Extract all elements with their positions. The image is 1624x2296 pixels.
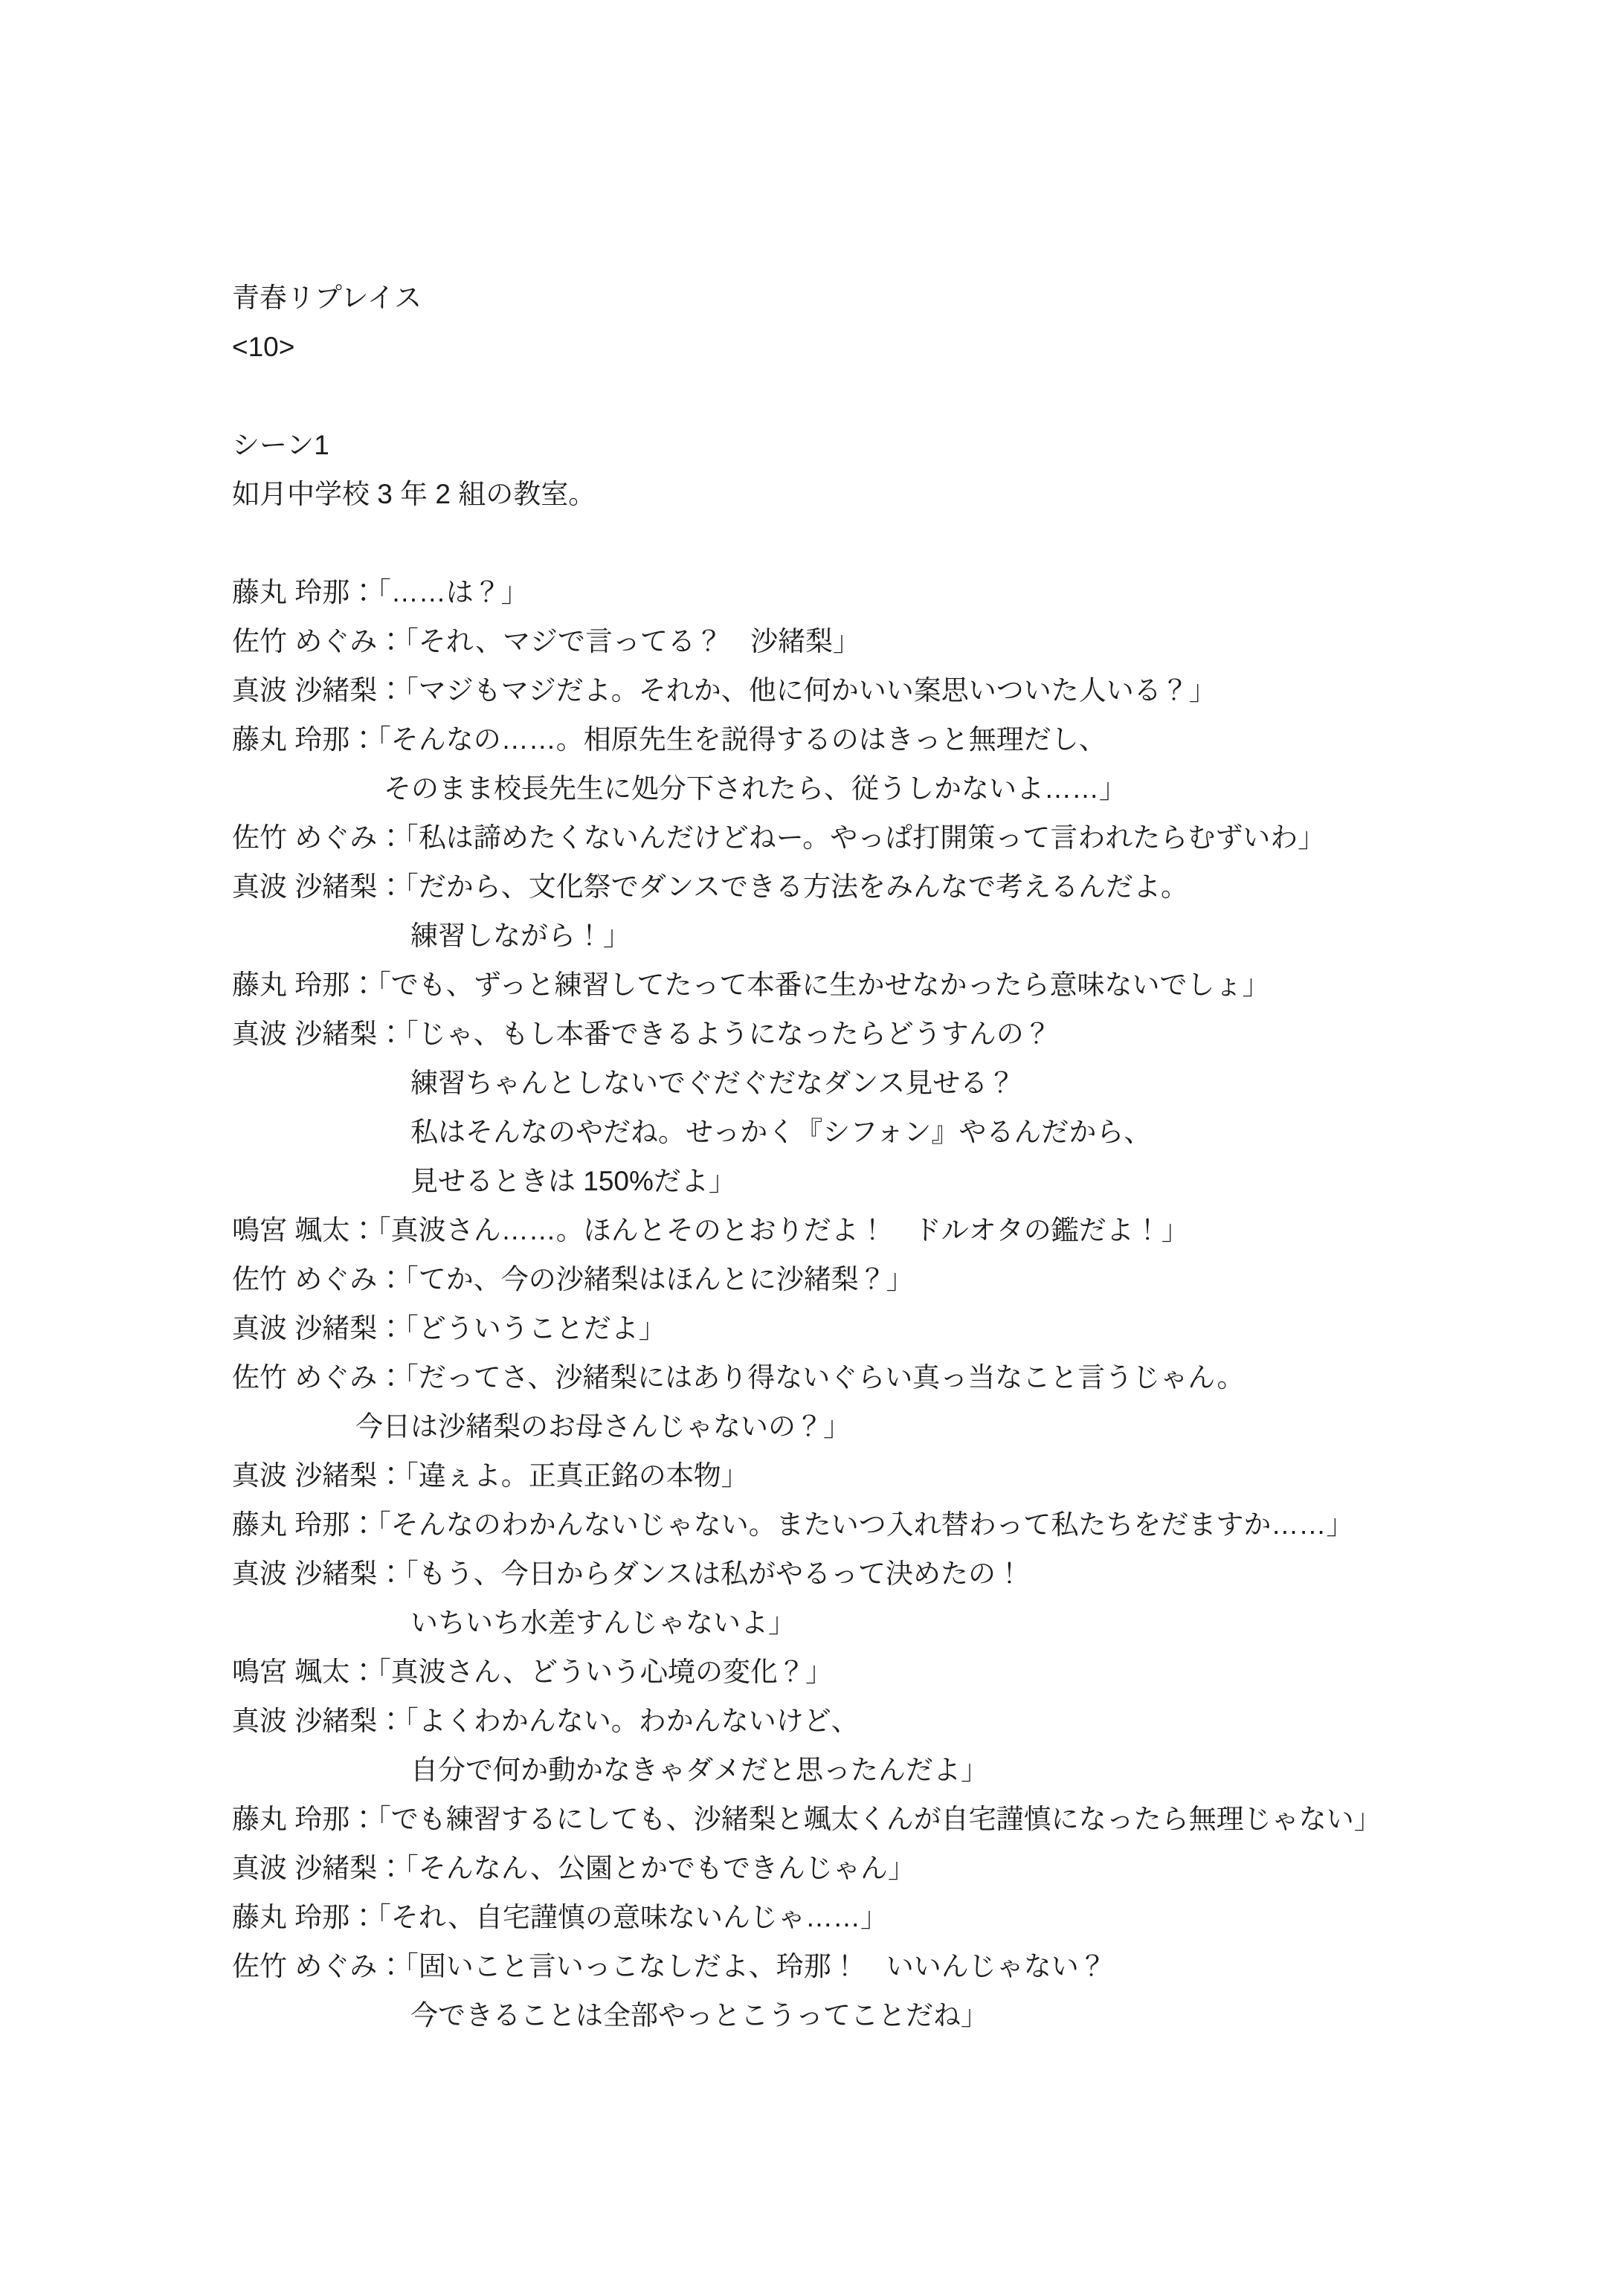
dialogue-text: 「それ、自宅謹慎の意味ないんじゃ……」 (377, 1902, 888, 1932)
speaker-separator: ： (377, 1264, 405, 1294)
speaker-separator: ： (377, 1019, 405, 1049)
scene-heading: シーン1 (232, 421, 1594, 470)
dialogue-text: 「固いこと言いっこなしだよ、玲那！ いいんじゃない？ (405, 1951, 1106, 1981)
dialogue-line: いちいち水差すんじゃないよ」 (232, 1599, 1594, 1648)
speaker-name: 鳴宮 颯太 (232, 1215, 349, 1245)
dialogue-text: 「どういうことだよ」 (405, 1313, 666, 1344)
dialogue-text: 「真波さん、どういう心境の変化？」 (377, 1657, 833, 1687)
dialogue-text: 「もう、今日からダンスは私がやるって決めたの！ (405, 1558, 1023, 1589)
dialogue-line: 今日は沙緒梨のお母さんじゃないの？」 (232, 1402, 1594, 1451)
episode-number: <10> (232, 323, 1594, 372)
speaker-name: 真波 沙緒梨 (232, 1019, 377, 1049)
dialogue-line: 佐竹 めぐみ：「固いこと言いっこなしだよ、玲那！ いいんじゃない？ (232, 1942, 1594, 1991)
dialogue-text: 「マジもマジだよ。それか、他に何かいい案思いついた人いる？」 (405, 675, 1217, 706)
speaker-separator: ： (377, 1706, 405, 1736)
dialogue-line: 藤丸 玲那：「そんなの……。相原先生を説得するのはきっと無理だし、 (232, 715, 1594, 764)
dialogue-text: 「てか、今の沙緒梨はほんとに沙緒梨？」 (405, 1264, 914, 1294)
dialogue-line: 藤丸 玲那：「でも、ずっと練習してたって本番に生かせなかったら意味ないでしょ」 (232, 961, 1594, 1010)
speaker-name: 真波 沙緒梨 (232, 675, 377, 706)
dialogue-text: 見せるときは 150%だよ」 (410, 1166, 736, 1196)
dialogue-text: 今日は沙緒梨のお母さんじゃないの？」 (355, 1411, 851, 1442)
dialogue-line: 真波 沙緒梨：「よくわかんない。わかんないけど、 (232, 1697, 1594, 1746)
dialogue-line: 真波 沙緒梨：「違ぇよ。正真正銘の本物」 (232, 1451, 1594, 1500)
speaker-separator: ： (377, 675, 405, 706)
speaker-name: 真波 沙緒梨 (232, 1706, 377, 1736)
speaker-name: 真波 沙緒梨 (232, 1460, 377, 1491)
dialogue-text: 練習しながら！」 (410, 920, 631, 951)
dialogue-line: 真波 沙緒梨：「どういうことだよ」 (232, 1304, 1594, 1353)
dialogue-line: 今できることは全部やっとこうってことだね」 (232, 1991, 1594, 2040)
speaker-name: 真波 沙緒梨 (232, 1558, 377, 1589)
dialogue-line: 佐竹 めぐみ：「私は諦めたくないんだけどねー。やっぱ打開策って言われたらむずいわ… (232, 813, 1594, 862)
dialogue-text: 自分で何か動かなきゃダメだと思ったんだよ」 (410, 1755, 988, 1785)
dialogue-line: 練習しながら！」 (232, 912, 1594, 961)
speaker-separator: ： (377, 1853, 405, 1883)
speaker-name: 佐竹 めぐみ (232, 626, 377, 657)
speaker-separator: ： (349, 970, 377, 1000)
dialogue-text: 「……は？」 (377, 577, 529, 607)
dialogue-line: 藤丸 玲那：「それ、自宅謹慎の意味ないんじゃ……」 (232, 1893, 1594, 1942)
blank-line (232, 519, 1594, 568)
speaker-separator: ： (377, 1558, 405, 1589)
dialogue-text: 「だから、文化祭でダンスできる方法をみんなで考えるんだよ。 (405, 871, 1188, 902)
dialogue-line: 藤丸 玲那：「そんなのわかんないじゃない。またいつ入れ替わって私たちをだますか…… (232, 1500, 1594, 1550)
dialogue-line: 藤丸 玲那：「……は？」 (232, 568, 1594, 617)
dialogue-text: 私はそんなのやだね。せっかく『シフォン』やるんだから、 (410, 1117, 1151, 1147)
dialogue-text: そのまま校長先生に処分下されたら、従うしかないよ……」 (384, 773, 1127, 804)
speaker-separator: ： (349, 577, 377, 607)
dialogue-line: 見せるときは 150%だよ」 (232, 1157, 1594, 1206)
speaker-name: 真波 沙緒梨 (232, 1313, 377, 1344)
speaker-name: 佐竹 めぐみ (232, 1362, 377, 1393)
dialogue-text: 「そんなのわかんないじゃない。またいつ入れ替わって私たちをだますか……」 (377, 1509, 1353, 1540)
dialogue-text: 「じゃ、もし本番できるようになったらどうすんの？ (405, 1019, 1051, 1049)
speaker-name: 藤丸 玲那 (232, 724, 349, 755)
dialogue-line: そのまま校長先生に処分下されたら、従うしかないよ……」 (232, 764, 1594, 813)
speaker-separator: ： (349, 1215, 377, 1245)
dialogue-line: 真波 沙緒梨：「だから、文化祭でダンスできる方法をみんなで考えるんだよ。 (232, 862, 1594, 912)
dialogue-text: 「そんなん、公園とかでもできんじゃん」 (405, 1853, 915, 1883)
dialogue-text: 「真波さん……。ほんとそのとおりだよ！ ドルオタの鑑だよ！」 (377, 1215, 1189, 1245)
dialogue-line: 鳴宮 颯太：「真波さん……。ほんとそのとおりだよ！ ドルオタの鑑だよ！」 (232, 1206, 1594, 1255)
speaker-separator: ： (377, 871, 405, 902)
dialogue-line: 佐竹 めぐみ：「だってさ、沙緒梨にはあり得ないぐらい真っ当なこと言うじゃん。 (232, 1353, 1594, 1402)
page-title: 青春リプレイス (232, 274, 1594, 323)
dialogue-line: 真波 沙緒梨：「そんなん、公園とかでもできんじゃん」 (232, 1844, 1594, 1893)
speaker-separator: ： (349, 1509, 377, 1540)
speaker-name: 真波 沙緒梨 (232, 1853, 377, 1883)
speaker-separator: ： (377, 1460, 405, 1491)
scene-description: 如月中学校 3 年 2 組の教室。 (232, 470, 1594, 519)
speaker-name: 鳴宮 颯太 (232, 1657, 349, 1687)
speaker-name: 藤丸 玲那 (232, 577, 349, 607)
dialogue-line: 佐竹 めぐみ：「てか、今の沙緒梨はほんとに沙緒梨？」 (232, 1255, 1594, 1304)
dialogue-text: 「でも練習するにしても、沙緒梨と颯太くんが自宅謹慎になったら無理じゃない」 (377, 1804, 1382, 1834)
speaker-name: 佐竹 めぐみ (232, 1264, 377, 1294)
dialogue-line: 練習ちゃんとしないでぐだぐだなダンス見せる？ (232, 1059, 1594, 1108)
speaker-separator: ： (349, 1804, 377, 1834)
dialogue-line: 自分で何か動かなきゃダメだと思ったんだよ」 (232, 1746, 1594, 1795)
dialogue-line: 真波 沙緒梨：「じゃ、もし本番できるようになったらどうすんの？ (232, 1010, 1594, 1059)
speaker-separator: ： (377, 1313, 405, 1344)
blank-line (232, 372, 1594, 421)
dialogue-line: 藤丸 玲那：「でも練習するにしても、沙緒梨と颯太くんが自宅謹慎になったら無理じゃ… (232, 1795, 1594, 1844)
speaker-separator: ： (349, 1902, 377, 1932)
dialogue-text: 「よくわかんない。わかんないけど、 (405, 1706, 859, 1736)
speaker-name: 真波 沙緒梨 (232, 871, 377, 902)
dialogue-text: 「違ぇよ。正真正銘の本物」 (405, 1460, 749, 1491)
dialogue-list: 藤丸 玲那：「……は？」佐竹 めぐみ：「それ、マジで言ってる？ 沙緒梨」真波 沙… (232, 568, 1594, 2040)
speaker-name: 佐竹 めぐみ (232, 1951, 377, 1981)
speaker-name: 藤丸 玲那 (232, 1902, 349, 1932)
dialogue-line: 私はそんなのやだね。せっかく『シフォン』やるんだから、 (232, 1108, 1594, 1157)
dialogue-line: 真波 沙緒梨：「もう、今日からダンスは私がやるって決めたの！ (232, 1550, 1594, 1599)
speaker-separator: ： (377, 1362, 405, 1393)
dialogue-line: 佐竹 めぐみ：「それ、マジで言ってる？ 沙緒梨」 (232, 617, 1594, 666)
dialogue-text: 「私は諦めたくないんだけどねー。やっぱ打開策って言われたらむずいわ」 (405, 822, 1325, 853)
dialogue-text: 「そんなの……。相原先生を説得するのはきっと無理だし、 (377, 724, 1106, 755)
dialogue-text: いちいち水差すんじゃないよ」 (410, 1607, 796, 1638)
dialogue-line: 鳴宮 颯太：「真波さん、どういう心境の変化？」 (232, 1648, 1594, 1697)
dialogue-text: 「それ、マジで言ってる？ 沙緒梨」 (405, 626, 860, 657)
speaker-separator: ： (377, 1951, 405, 1981)
dialogue-text: 今できることは全部やっとこうってことだね」 (410, 2000, 988, 2031)
dialogue-text: 「でも、ずっと練習してたって本番に生かせなかったら意味ないでしょ」 (377, 970, 1269, 1000)
speaker-name: 藤丸 玲那 (232, 1509, 349, 1540)
dialogue-text: 練習ちゃんとしないでぐだぐだなダンス見せる？ (410, 1068, 1015, 1098)
speaker-name: 藤丸 玲那 (232, 1804, 349, 1834)
script-page: 青春リプレイス <10> シーン1 如月中学校 3 年 2 組の教室。 藤丸 玲… (0, 0, 1624, 2296)
speaker-separator: ： (377, 822, 405, 853)
dialogue-line: 真波 沙緒梨：「マジもマジだよ。それか、他に何かいい案思いついた人いる？」 (232, 666, 1594, 715)
dialogue-text: 「だってさ、沙緒梨にはあり得ないぐらい真っ当なこと言うじゃん。 (405, 1362, 1244, 1393)
speaker-separator: ： (349, 724, 377, 755)
speaker-separator: ： (349, 1657, 377, 1687)
speaker-name: 藤丸 玲那 (232, 970, 349, 1000)
speaker-name: 佐竹 めぐみ (232, 822, 377, 853)
speaker-separator: ： (377, 626, 405, 657)
